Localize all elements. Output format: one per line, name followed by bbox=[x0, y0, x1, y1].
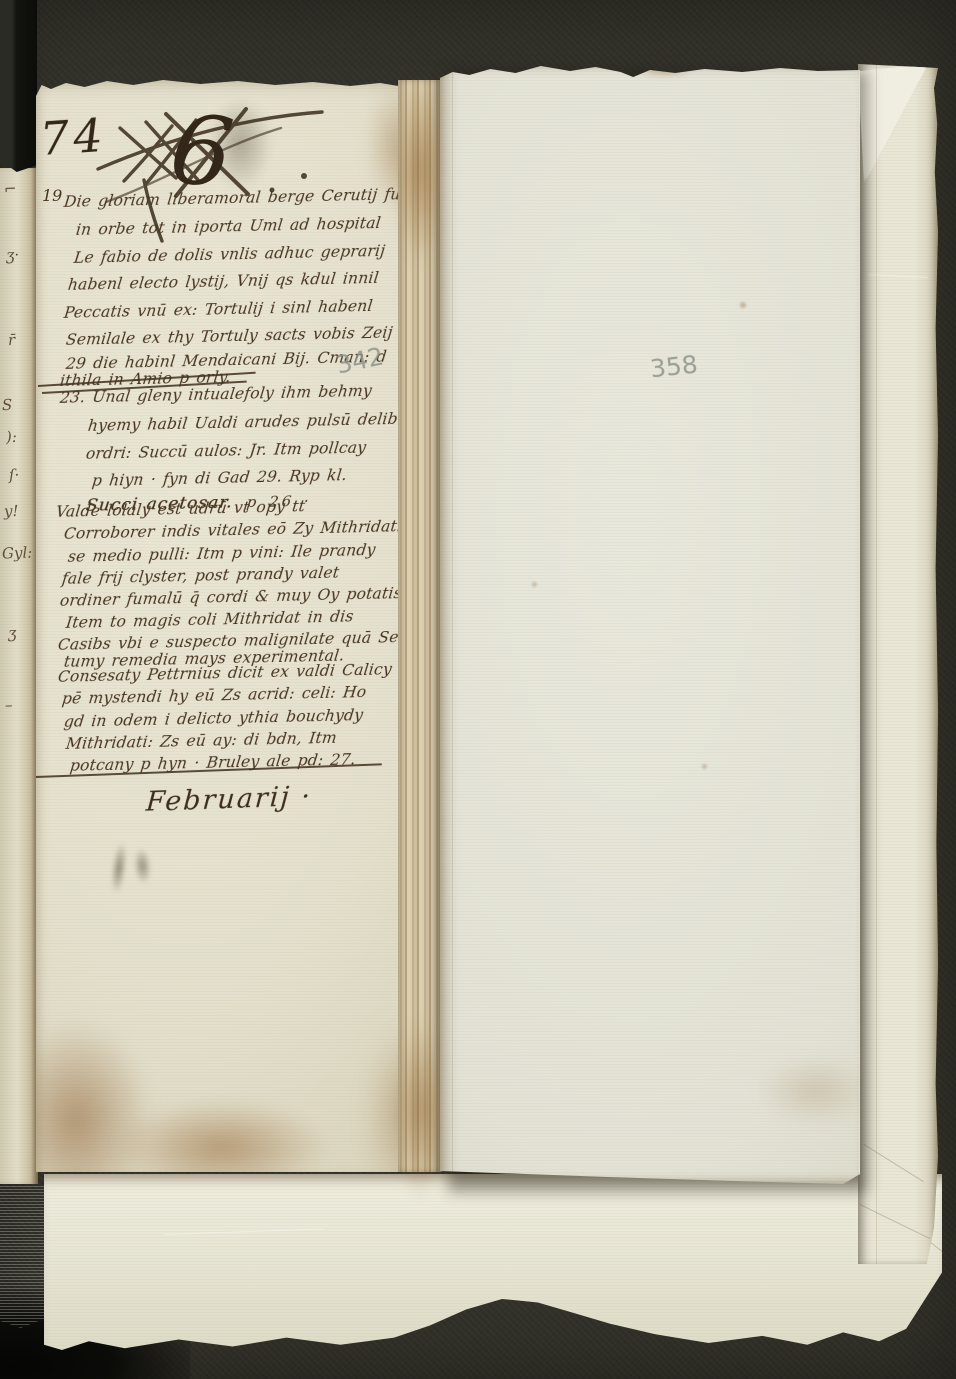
manuscript-line: Semilale ex thy Tortuly sacts vobis Zeij bbox=[65, 324, 394, 349]
marginal-ink-fragment: ʒ bbox=[8, 624, 17, 642]
marginal-ink-fragment: ): bbox=[6, 428, 18, 446]
fold-crease bbox=[164, 1228, 324, 1235]
marginal-ink-fragment: ⌐ bbox=[4, 180, 17, 198]
fold-crease bbox=[860, 1204, 931, 1239]
pencil-foliation-left: 342 bbox=[334, 341, 387, 379]
marginal-ink-fragment: y! bbox=[4, 502, 19, 520]
photographed-book-spread: ⌐ ʒ· r̄ S ): ſ· y! Gyl: ʒ – 74 bbox=[0, 0, 956, 1379]
manuscript-line: se medio pulli: Itm p vini: Ile prandy bbox=[67, 541, 377, 566]
previous-page-edge-strip: ⌐ ʒ· r̄ S ): ſ· y! Gyl: ʒ – bbox=[0, 168, 38, 1184]
manuscript-line: Item to magis coli Mithridat in dis bbox=[65, 607, 355, 632]
month-heading: Februarij · bbox=[145, 781, 313, 818]
manuscript-line: Corroborer indis vitales eō Zy Mithridat… bbox=[63, 517, 403, 543]
fold-crease bbox=[876, 64, 877, 1264]
manuscript-line: gd in odem i delicto ythia bouchydy bbox=[63, 706, 364, 731]
marginal-ink-fragment: ſ· bbox=[9, 466, 20, 484]
fold-crease bbox=[864, 1144, 924, 1182]
marginal-ink-fragment: r̄ bbox=[8, 331, 16, 349]
manuscript-line: p hiyn · fyn di Gad 29. Ryp kl. bbox=[91, 466, 348, 490]
fox-spot bbox=[532, 582, 537, 587]
blank-page-right: 358 bbox=[440, 62, 860, 1184]
manuscript-line: ordiner fumalū q̄ cordi & muy Oy potatis… bbox=[59, 584, 408, 610]
manuscript-line: hyemy habil Ualdi arudes pulsū delibly bbox=[87, 410, 413, 435]
manuscript-line: fale frij clyster, post prandy valet bbox=[61, 564, 340, 588]
spine-gap-top-left bbox=[0, 0, 37, 172]
manuscript-line: ordri: Succū aulos: Jr. Itm pollcay bbox=[85, 439, 367, 463]
manuscript-page-left: 74 6 19 Die gloriam liberamoral berge Ce… bbox=[36, 76, 410, 1172]
manuscript-line: habenl electo lystij, Vnij qs kdul innil bbox=[67, 269, 380, 294]
binding-cloth-edge bbox=[0, 1186, 46, 1328]
marginal-ink-fragment: Gyl: bbox=[2, 543, 33, 562]
page-edges-stack bbox=[398, 80, 442, 1172]
corner-fold bbox=[858, 64, 934, 184]
fox-spot bbox=[702, 764, 707, 769]
ink-offset-smudge bbox=[109, 841, 129, 894]
stain bbox=[394, 76, 446, 266]
marginal-ink-fragment: ʒ· bbox=[6, 246, 20, 264]
manuscript-line: Mithridati: Zs eū ay: di bdn, Itm bbox=[65, 729, 338, 753]
fox-spot bbox=[740, 302, 746, 308]
margin-entry-number: 19 bbox=[42, 186, 62, 205]
pencil-foliation-right: 358 bbox=[649, 350, 699, 384]
marginal-ink-fragment: S bbox=[2, 396, 13, 414]
manuscript-line: pē mystendi hy eū Zs acrid: celi: Ho bbox=[61, 683, 367, 708]
stain bbox=[394, 1020, 446, 1200]
manuscript-line: Peccatis vnū ex: Tortulij i sinl habenl bbox=[63, 297, 374, 322]
stain bbox=[758, 1058, 873, 1123]
underlying-bottom-page bbox=[44, 1174, 942, 1350]
underlying-page-right-edge bbox=[858, 64, 938, 1264]
ink-offset-smudge bbox=[132, 847, 152, 884]
marginal-ink-fragment: – bbox=[5, 696, 13, 714]
